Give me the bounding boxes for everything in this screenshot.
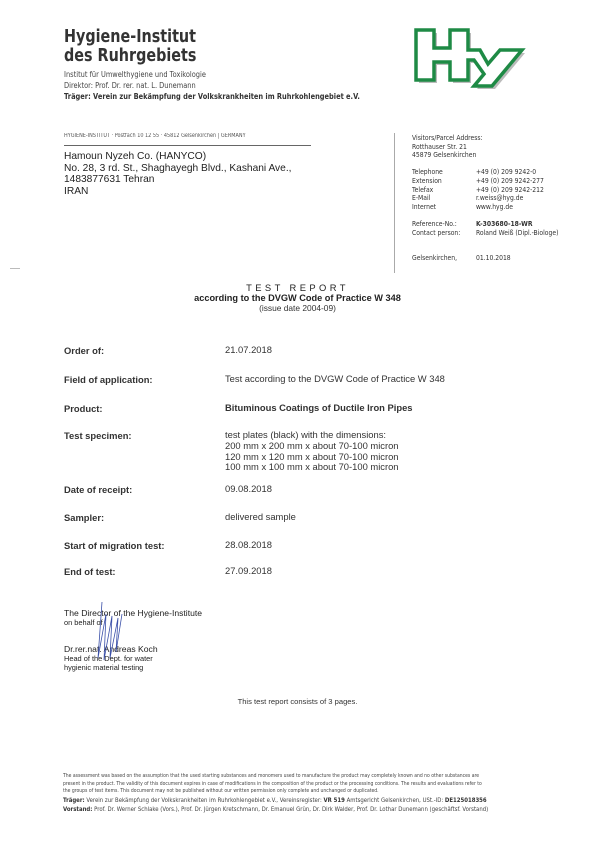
signatory-role1: Head of the Dept. for water: [64, 654, 202, 663]
report-subtitle: according to the DVGW Code of Practice W…: [0, 293, 595, 303]
field-label-migration-start: Start of migration test:: [64, 540, 165, 551]
signature-line2: on behalf of: [64, 618, 202, 627]
info-panel-divider: [394, 133, 395, 273]
field-label-end: End of test:: [64, 566, 116, 577]
recipient-street: No. 28, 3 rd. St., Shaghayegh Blvd., Kas…: [64, 163, 291, 175]
disclaimer-line3: the groups of test items. This document …: [63, 788, 475, 796]
field-value-specimen: test plates (black) with the dimensions:…: [225, 430, 399, 473]
signatory-role2: hygienic material testing: [64, 663, 202, 672]
recipient-address: Hamoun Nyzeh Co. (HANYCO) No. 28, 3 rd. …: [64, 151, 291, 197]
hy-logo-icon: [414, 28, 554, 90]
field-value-product: Bituminous Coatings of Ductile Iron Pipe…: [225, 403, 413, 414]
fold-mark: [10, 268, 20, 269]
field-label-specimen: Test specimen:: [64, 430, 132, 441]
signatory-name: Dr.rer.nat. Andreas Koch: [64, 645, 202, 654]
field-label-order: Order of:: [64, 345, 104, 356]
sender-address-line: HYGIENE-INSTITUT · Postfach 10 12 55 · 4…: [64, 133, 246, 139]
field-label-sampler: Sampler:: [64, 512, 104, 523]
place-date: Gelsenkirchen, 01.10.2018: [412, 254, 558, 263]
footer-vorstand: Vorstand: Prof. Dr. Werner Schlake (Vors…: [63, 805, 475, 814]
field-label-receipt: Date of receipt:: [64, 484, 132, 495]
report-title-block: TEST REPORT according to the DVGW Code o…: [0, 282, 595, 313]
disclaimer-line1: The assessment was based on the assumpti…: [63, 773, 475, 781]
institute-subtitle: Institut für Umwelthygiene und Toxikolog…: [64, 69, 360, 80]
field-value-end: 27.09.2018: [225, 566, 272, 577]
disclaimer-line2: present in the product. The validity of …: [63, 781, 475, 789]
report-issue-date: (issue date 2004-09): [0, 303, 595, 313]
institute-name-line2: des Ruhrgebiets: [64, 47, 196, 66]
signature-block: The Director of the Hygiene-Institute on…: [64, 609, 202, 672]
institute-sponsor: Träger: Verein zur Bekämpfung der Volksk…: [64, 91, 360, 102]
field-value-sampler: delivered sample: [225, 512, 296, 523]
sender-divider: [64, 145, 311, 146]
contact-person: Contact person: Roland Weiß (Dipl.-Biolo…: [412, 229, 558, 238]
field-value-receipt: 09.08.2018: [225, 484, 272, 495]
field-value-migration-start: 28.08.2018: [225, 540, 272, 551]
field-label-application: Field of application:: [64, 374, 153, 385]
institute-name: Hygiene-Institut des Ruhrgebiets: [64, 28, 196, 66]
address-city: 45879 Gelsenkirchen: [412, 151, 558, 160]
institute-director: Direktor: Prof. Dr. rer. nat. L. Duneman…: [64, 80, 360, 91]
footer: The assessment was based on the assumpti…: [63, 773, 553, 814]
recipient-city: 1483877631 Tehran: [64, 174, 291, 186]
field-value-application: Test according to the DVGW Code of Pract…: [225, 374, 445, 385]
field-value-order: 21.07.2018: [225, 345, 272, 356]
recipient-country: IRAN: [64, 186, 291, 198]
pages-note: This test report consists of 3 pages.: [0, 697, 595, 706]
footer-traeger: Träger: Verein zur Bekämpfung der Volksk…: [63, 796, 475, 805]
recipient-company: Hamoun Nyzeh Co. (HANYCO): [64, 151, 291, 163]
signature-icon: [88, 600, 128, 662]
info-panel: Visitors/Parcel Address: Rotthauser Str.…: [412, 134, 558, 263]
institute-details: Institut für Umwelthygiene und Toxikolog…: [64, 69, 360, 102]
contact-internet: Internet www.hyg.de: [412, 203, 558, 212]
report-title: TEST REPORT: [0, 282, 595, 293]
institute-name-line1: Hygiene-Institut: [64, 28, 196, 47]
signature-line1: The Director of the Hygiene-Institute: [64, 609, 202, 618]
website-link[interactable]: www.hyg.de: [476, 203, 513, 212]
field-label-product: Product:: [64, 403, 103, 414]
